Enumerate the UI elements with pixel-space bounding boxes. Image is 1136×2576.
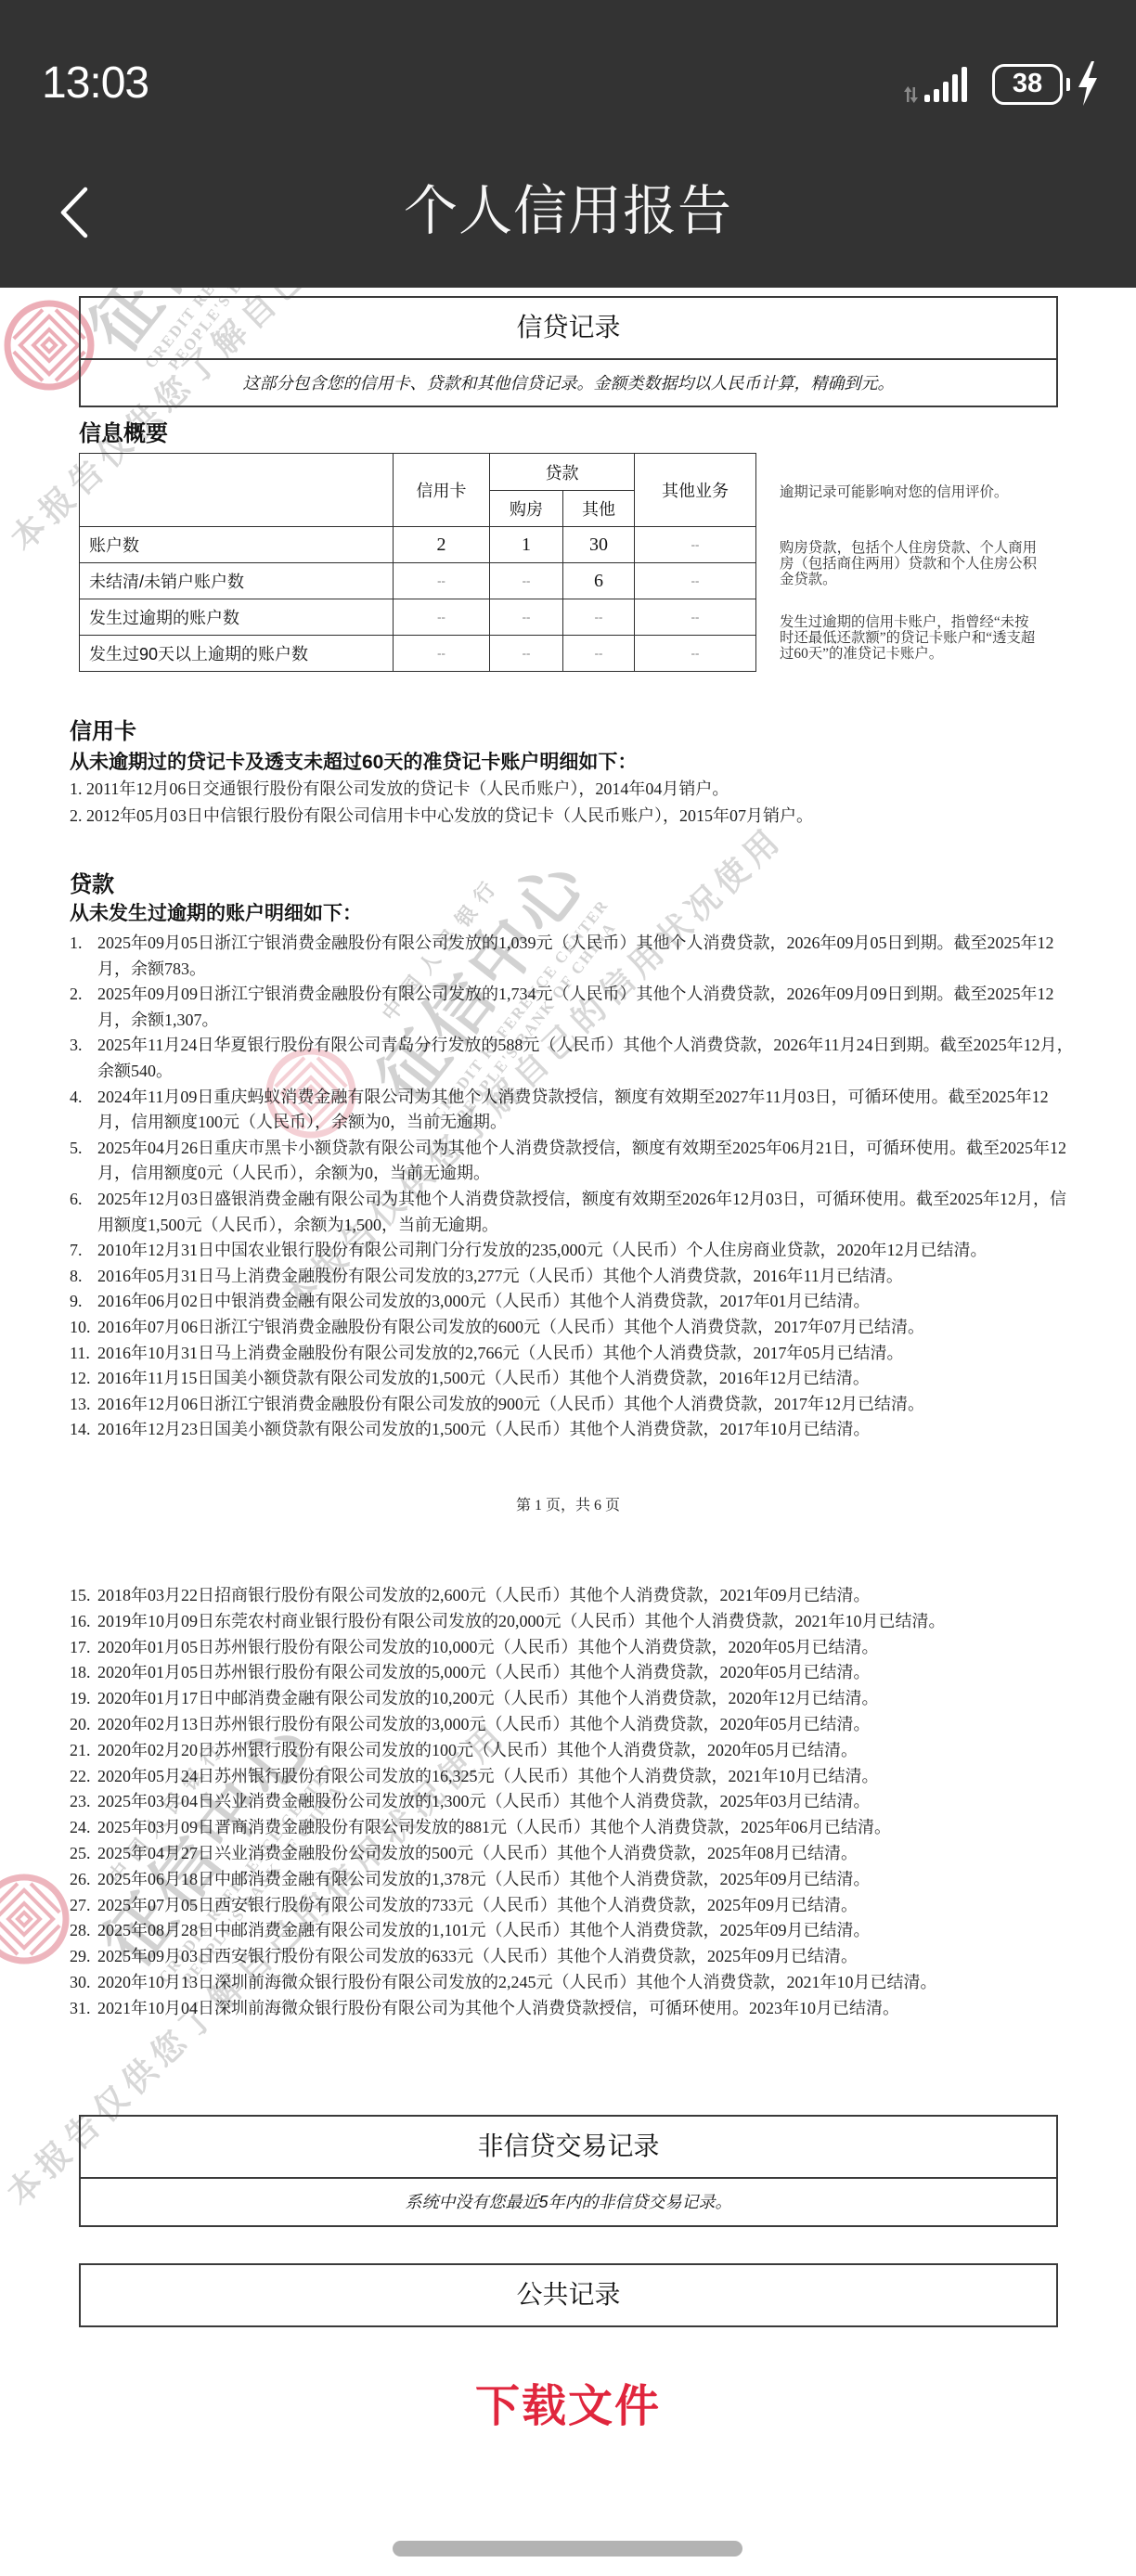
item-text: 2025年08月28日中邮消费金融有限公司发放的1,101元（人民币）其他个人消… bbox=[97, 1918, 1074, 1944]
item-number: 10. bbox=[70, 1315, 97, 1341]
loan-item: 25.2025年04月27日兴业消费金融股份公司发放的500元（人民币）其他个人… bbox=[70, 1841, 1074, 1867]
row-label: 发生过逾期的账户数 bbox=[80, 599, 394, 636]
cell-loan-housing: -- bbox=[490, 599, 563, 636]
row-label: 未结清/未销户账户数 bbox=[80, 563, 394, 599]
item-number: 26. bbox=[70, 1867, 97, 1893]
public-record-title: 公共记录 bbox=[81, 2265, 1056, 2325]
signal-bars-icon bbox=[904, 63, 978, 106]
cell-loan-housing: -- bbox=[490, 563, 563, 599]
item-text: 2025年11月24日华夏银行股份有限公司青岛分行发放的588元（人民币）其他个… bbox=[97, 1033, 1074, 1084]
battery-nub bbox=[1066, 78, 1070, 91]
loan-item: 17.2020年01月05日苏州银行股份有限公司发放的10,000元（人民币）其… bbox=[70, 1635, 1074, 1661]
item-text: 2018年03月22日招商银行股份有限公司发放的2,600元（人民币）其他个人消… bbox=[97, 1583, 1074, 1609]
item-text: 2010年12月31日中国农业银行股份有限公司荆门分行发放的235,000元（人… bbox=[97, 1238, 1074, 1264]
loan-subheading: 从未发生过逾期的账户明细如下： bbox=[70, 902, 362, 926]
loan-item: 6.2025年12月03日盛银消费金融有限公司为其他个人消费贷款授信，额度有效期… bbox=[70, 1187, 1074, 1238]
data-arrows-icon bbox=[904, 86, 918, 103]
item-number: 28. bbox=[70, 1918, 97, 1944]
cell-other-business: -- bbox=[635, 599, 756, 636]
item-number: 2. bbox=[70, 982, 97, 1033]
loan-item: 5.2025年04月26日重庆市黑卡小额贷款有限公司为其他个人消费贷款授信，额度… bbox=[70, 1136, 1074, 1187]
item-text: 2016年11月15日国美小额贷款有限公司发放的1,500元（人民币）其他个人消… bbox=[97, 1366, 1074, 1392]
item-number: 30. bbox=[70, 1970, 97, 1996]
credit-card-heading: 信用卡 bbox=[70, 718, 136, 746]
item-number: 9. bbox=[70, 1289, 97, 1315]
item-number: 2. bbox=[70, 803, 86, 830]
row-label: 发生过90天以上逾期的账户数 bbox=[80, 636, 394, 672]
cell-loan-housing: -- bbox=[490, 636, 563, 672]
loan-item: 29.2025年09月03日西安银行股份有限公司发放的633元（人民币）其他个人… bbox=[70, 1944, 1074, 1970]
summary-note: 购房贷款，包括个人住房贷款、个人商用房（包括商住两用）贷款和个人住房公积金贷款。 bbox=[780, 541, 1041, 587]
credit-record-description: 这部分包含您的信用卡、贷款和其他信贷记录。金额类数据均以人民币计算，精确到元。 bbox=[81, 358, 1056, 406]
item-text: 2012年05月03日中信银行股份有限公司信用卡中心发放的贷记卡（人民币账户），… bbox=[86, 803, 1074, 830]
loan-item: 24.2025年03月09日晋商消费金融股份有限公司发放的881元（人民币）其他… bbox=[70, 1815, 1074, 1841]
download-file-button[interactable]: 下载文件 bbox=[0, 2379, 1136, 2435]
item-text: 2025年09月09日浙江宁银消费金融股份有限公司发放的1,734元（人民币）其… bbox=[97, 982, 1074, 1033]
item-text: 2016年12月06日浙江宁银消费金融股份有限公司发放的900元（人民币）其他个… bbox=[97, 1392, 1074, 1418]
item-text: 2016年12月23日国美小额贷款有限公司发放的1,500元（人民币）其他个人消… bbox=[97, 1417, 1074, 1443]
item-number: 24. bbox=[70, 1815, 97, 1841]
table-row: 账户数 2 1 30 -- bbox=[80, 527, 756, 563]
non-credit-record-box: 非信贷交易记录 系统中没有您最近5年内的非信贷交易记录。 bbox=[79, 2115, 1058, 2227]
loan-heading: 贷款 bbox=[70, 871, 114, 899]
loan-item: 19.2020年01月17日中邮消费金融有限公司发放的10,200元（人民币）其… bbox=[70, 1686, 1074, 1712]
item-text: 2021年10月04日深圳前海微众银行股份有限公司为其他个人消费贷款授信，可循环… bbox=[97, 1996, 1074, 2022]
credit-record-title: 信贷记录 bbox=[81, 298, 1056, 358]
loan-item: 14.2016年12月23日国美小额贷款有限公司发放的1,500元（人民币）其他… bbox=[70, 1417, 1074, 1443]
header-credit-card: 信用卡 bbox=[394, 454, 490, 527]
loan-item: 20.2020年02月13日苏州银行股份有限公司发放的3,000元（人民币）其他… bbox=[70, 1712, 1074, 1738]
item-text: 2025年09月05日浙江宁银消费金融股份有限公司发放的1,039元（人民币）其… bbox=[97, 931, 1074, 982]
item-number: 23. bbox=[70, 1789, 97, 1815]
item-number: 17. bbox=[70, 1635, 97, 1661]
item-number: 15. bbox=[70, 1583, 97, 1609]
cell-loan-other: 6 bbox=[563, 563, 635, 599]
item-number: 6. bbox=[70, 1187, 97, 1238]
loan-item: 2.2025年09月09日浙江宁银消费金融股份有限公司发放的1,734元（人民币… bbox=[70, 982, 1074, 1033]
item-text: 2016年10月31日马上消费金融股份有限公司发放的2,766元（人民币）其他个… bbox=[97, 1341, 1074, 1367]
cell-other-business: -- bbox=[635, 636, 756, 672]
credit-record-box: 信贷记录 这部分包含您的信用卡、贷款和其他信贷记录。金额类数据均以人民币计算，精… bbox=[79, 296, 1058, 407]
table-row: 未结清/未销户账户数 -- -- 6 -- bbox=[80, 563, 756, 599]
item-number: 29. bbox=[70, 1944, 97, 1970]
item-text: 2020年01月05日苏州银行股份有限公司发放的5,000元（人民币）其他个人消… bbox=[97, 1660, 1074, 1686]
item-text: 2025年03月09日晋商消费金融股份有限公司发放的881元（人民币）其他个人消… bbox=[97, 1815, 1074, 1841]
item-number: 1. bbox=[70, 931, 97, 982]
credit-card-item: 1.2011年12月06日交通银行股份有限公司发放的贷记卡（人民币账户），201… bbox=[70, 776, 1074, 803]
item-number: 8. bbox=[70, 1264, 97, 1290]
loan-item: 30.2020年10月13日深圳前海微众银行股份有限公司发放的2,245元（人民… bbox=[70, 1970, 1074, 1996]
public-record-box: 公共记录 bbox=[79, 2263, 1058, 2327]
table-row: 发生过90天以上逾期的账户数 -- -- -- -- bbox=[80, 636, 756, 672]
item-text: 2016年07月06日浙江宁银消费金融股份有限公司发放的600元（人民币）其他个… bbox=[97, 1315, 1074, 1341]
status-time: 13:03 bbox=[42, 58, 148, 109]
item-number: 13. bbox=[70, 1392, 97, 1418]
loan-item: 15.2018年03月22日招商银行股份有限公司发放的2,600元（人民币）其他… bbox=[70, 1583, 1074, 1609]
summary-note: 逾期记录可能影响对您的信用评价。 bbox=[780, 485, 1041, 501]
item-text: 2020年01月17日中邮消费金融有限公司发放的10,200元（人民币）其他个人… bbox=[97, 1686, 1074, 1712]
cell-other-business: -- bbox=[635, 527, 756, 563]
loan-list-page-2: 15.2018年03月22日招商银行股份有限公司发放的2,600元（人民币）其他… bbox=[70, 1583, 1074, 2022]
item-number: 20. bbox=[70, 1712, 97, 1738]
report-document: 信贷记录 这部分包含您的信用卡、贷款和其他信贷记录。金额类数据均以人民币计算，精… bbox=[0, 0, 1136, 2576]
loan-item: 10.2016年07月06日浙江宁银消费金融股份有限公司发放的600元（人民币）… bbox=[70, 1315, 1074, 1341]
credit-card-list: 1.2011年12月06日交通银行股份有限公司发放的贷记卡（人民币账户），201… bbox=[70, 776, 1074, 830]
loan-item: 16.2019年10月09日东莞农村商业银行股份有限公司发放的20,000元（人… bbox=[70, 1609, 1074, 1635]
header-blank bbox=[80, 454, 394, 527]
loan-item: 27.2025年07月05日西安银行股份有限公司发放的733元（人民币）其他个人… bbox=[70, 1893, 1074, 1919]
item-text: 2020年05月24日苏州银行股份有限公司发放的16,325元（人民币）其他个人… bbox=[97, 1764, 1074, 1790]
battery-icon: 38 bbox=[992, 64, 1063, 105]
loan-item: 9.2016年06月02日中银消费金融有限公司发放的3,000元（人民币）其他个… bbox=[70, 1289, 1074, 1315]
row-label: 账户数 bbox=[80, 527, 394, 563]
loan-item: 31.2021年10月04日深圳前海微众银行股份有限公司为其他个人消费贷款授信，… bbox=[70, 1996, 1074, 2022]
item-text: 2016年05月31日马上消费金融股份有限公司发放的3,277元（人民币）其他个… bbox=[97, 1264, 1074, 1290]
loan-item: 12.2016年11月15日国美小额贷款有限公司发放的1,500元（人民币）其他… bbox=[70, 1366, 1074, 1392]
item-text: 2025年07月05日西安银行股份有限公司发放的733元（人民币）其他个人消费贷… bbox=[97, 1893, 1074, 1919]
loan-list-page-1: 1.2025年09月05日浙江宁银消费金融股份有限公司发放的1,039元（人民币… bbox=[70, 931, 1074, 1443]
item-text: 2025年06月18日中邮消费金融有限公司发放的1,378元（人民币）其他个人消… bbox=[97, 1867, 1074, 1893]
home-indicator[interactable] bbox=[393, 2541, 742, 2557]
cell-loan-other: 30 bbox=[563, 527, 635, 563]
item-number: 25. bbox=[70, 1841, 97, 1867]
header-loan-housing: 购房 bbox=[490, 491, 563, 527]
cell-credit-card: 2 bbox=[394, 527, 490, 563]
app-header: 13:03 38 个人信用报告 bbox=[0, 0, 1136, 288]
item-text: 2020年02月20日苏州银行股份有限公司发放的100元（人民币）其他个人消费贷… bbox=[97, 1738, 1074, 1764]
loan-item: 22.2020年05月24日苏州银行股份有限公司发放的16,325元（人民币）其… bbox=[70, 1764, 1074, 1790]
loan-item: 26.2025年06月18日中邮消费金融有限公司发放的1,378元（人民币）其他… bbox=[70, 1867, 1074, 1893]
item-number: 4. bbox=[70, 1085, 97, 1136]
item-text: 2020年02月13日苏州银行股份有限公司发放的3,000元（人民币）其他个人消… bbox=[97, 1712, 1074, 1738]
item-text: 2024年11月09日重庆蚂蚁消费金融有限公司为其他个人消费贷款授信，额度有效期… bbox=[97, 1085, 1074, 1136]
cell-credit-card: -- bbox=[394, 636, 490, 672]
item-text: 2025年12月03日盛银消费金融有限公司为其他个人消费贷款授信，额度有效期至2… bbox=[97, 1187, 1074, 1238]
item-number: 3. bbox=[70, 1033, 97, 1084]
loan-item: 23.2025年03月04日兴业消费金融股份公司发放的1,300元（人民币）其他… bbox=[70, 1789, 1074, 1815]
item-text: 2016年06月02日中银消费金融有限公司发放的3,000元（人民币）其他个人消… bbox=[97, 1289, 1074, 1315]
item-text: 2025年04月27日兴业消费金融股份公司发放的500元（人民币）其他个人消费贷… bbox=[97, 1841, 1074, 1867]
item-number: 7. bbox=[70, 1238, 97, 1264]
loan-item: 11.2016年10月31日马上消费金融股份有限公司发放的2,766元（人民币）… bbox=[70, 1341, 1074, 1367]
item-number: 16. bbox=[70, 1609, 97, 1635]
page-title: 个人信用报告 bbox=[0, 178, 1136, 245]
cell-loan-other: -- bbox=[563, 599, 635, 636]
loan-item: 1.2025年09月05日浙江宁银消费金融股份有限公司发放的1,039元（人民币… bbox=[70, 931, 1074, 982]
table-row: 发生过逾期的账户数 -- -- -- -- bbox=[80, 599, 756, 636]
item-text: 2025年03月04日兴业消费金融股份公司发放的1,300元（人民币）其他个人消… bbox=[97, 1789, 1074, 1815]
item-number: 27. bbox=[70, 1893, 97, 1919]
item-number: 21. bbox=[70, 1738, 97, 1764]
item-text: 2019年10月09日东莞农村商业银行股份有限公司发放的20,000元（人民币）… bbox=[97, 1609, 1074, 1635]
header-loan: 贷款 bbox=[490, 454, 635, 491]
item-text: 2025年04月26日重庆市黑卡小额贷款有限公司为其他个人消费贷款授信，额度有效… bbox=[97, 1136, 1074, 1187]
cell-other-business: -- bbox=[635, 563, 756, 599]
item-number: 11. bbox=[70, 1341, 97, 1367]
item-number: 12. bbox=[70, 1366, 97, 1392]
item-number: 18. bbox=[70, 1660, 97, 1686]
table-header-row: 信用卡 贷款 其他业务 bbox=[80, 454, 756, 491]
cell-credit-card: -- bbox=[394, 599, 490, 636]
loan-item: 7.2010年12月31日中国农业银行股份有限公司荆门分行发放的235,000元… bbox=[70, 1238, 1074, 1264]
loan-item: 3.2025年11月24日华夏银行股份有限公司青岛分行发放的588元（人民币）其… bbox=[70, 1033, 1074, 1084]
summary-note: 发生过逾期的信用卡账户，指曾经“未按时还最低还款额”的贷记卡账户和“透支超过60… bbox=[780, 615, 1041, 662]
loan-item: 18.2020年01月05日苏州银行股份有限公司发放的5,000元（人民币）其他… bbox=[70, 1660, 1074, 1686]
battery-level: 38 bbox=[1013, 69, 1042, 98]
page-number: 第 1 页，共 6 页 bbox=[0, 1495, 1136, 1517]
item-text: 2020年01月05日苏州银行股份有限公司发放的10,000元（人民币）其他个人… bbox=[97, 1635, 1074, 1661]
item-number: 14. bbox=[70, 1417, 97, 1443]
item-number: 31. bbox=[70, 1996, 97, 2022]
loan-item: 4.2024年11月09日重庆蚂蚁消费金融有限公司为其他个人消费贷款授信，额度有… bbox=[70, 1085, 1074, 1136]
cell-loan-other: -- bbox=[563, 636, 635, 672]
credit-card-subheading: 从未逾期过的贷记卡及透支未超过60天的准贷记卡账户明细如下： bbox=[70, 751, 637, 775]
loan-item: 28.2025年08月28日中邮消费金融有限公司发放的1,101元（人民币）其他… bbox=[70, 1918, 1074, 1944]
item-text: 2020年10月13日深圳前海微众银行股份有限公司发放的2,245元（人民币）其… bbox=[97, 1970, 1074, 1996]
item-number: 22. bbox=[70, 1764, 97, 1790]
item-number: 1. bbox=[70, 776, 86, 803]
summary-heading: 信息概要 bbox=[79, 419, 168, 449]
charging-bolt-icon bbox=[1075, 59, 1101, 108]
item-text: 2025年09月03日西安银行股份有限公司发放的633元（人民币）其他个人消费贷… bbox=[97, 1944, 1074, 1970]
header-other-business: 其他业务 bbox=[635, 454, 756, 527]
cell-loan-housing: 1 bbox=[490, 527, 563, 563]
loan-item: 8.2016年05月31日马上消费金融股份有限公司发放的3,277元（人民币）其… bbox=[70, 1264, 1074, 1290]
loan-item: 21.2020年02月20日苏州银行股份有限公司发放的100元（人民币）其他个人… bbox=[70, 1738, 1074, 1764]
item-text: 2011年12月06日交通银行股份有限公司发放的贷记卡（人民币账户），2014年… bbox=[86, 776, 1074, 803]
cell-credit-card: -- bbox=[394, 563, 490, 599]
credit-card-item: 2.2012年05月03日中信银行股份有限公司信用卡中心发放的贷记卡（人民币账户… bbox=[70, 803, 1074, 830]
item-number: 5. bbox=[70, 1136, 97, 1187]
non-credit-record-description: 系统中没有您最近5年内的非信贷交易记录。 bbox=[81, 2177, 1056, 2225]
item-number: 19. bbox=[70, 1686, 97, 1712]
summary-table: 信用卡 贷款 其他业务 购房 其他 账户数 2 1 30 -- 未结清/未销户账… bbox=[79, 453, 756, 672]
non-credit-record-title: 非信贷交易记录 bbox=[81, 2117, 1056, 2177]
loan-item: 13.2016年12月06日浙江宁银消费金融股份有限公司发放的900元（人民币）… bbox=[70, 1392, 1074, 1418]
header-loan-other: 其他 bbox=[563, 491, 635, 527]
